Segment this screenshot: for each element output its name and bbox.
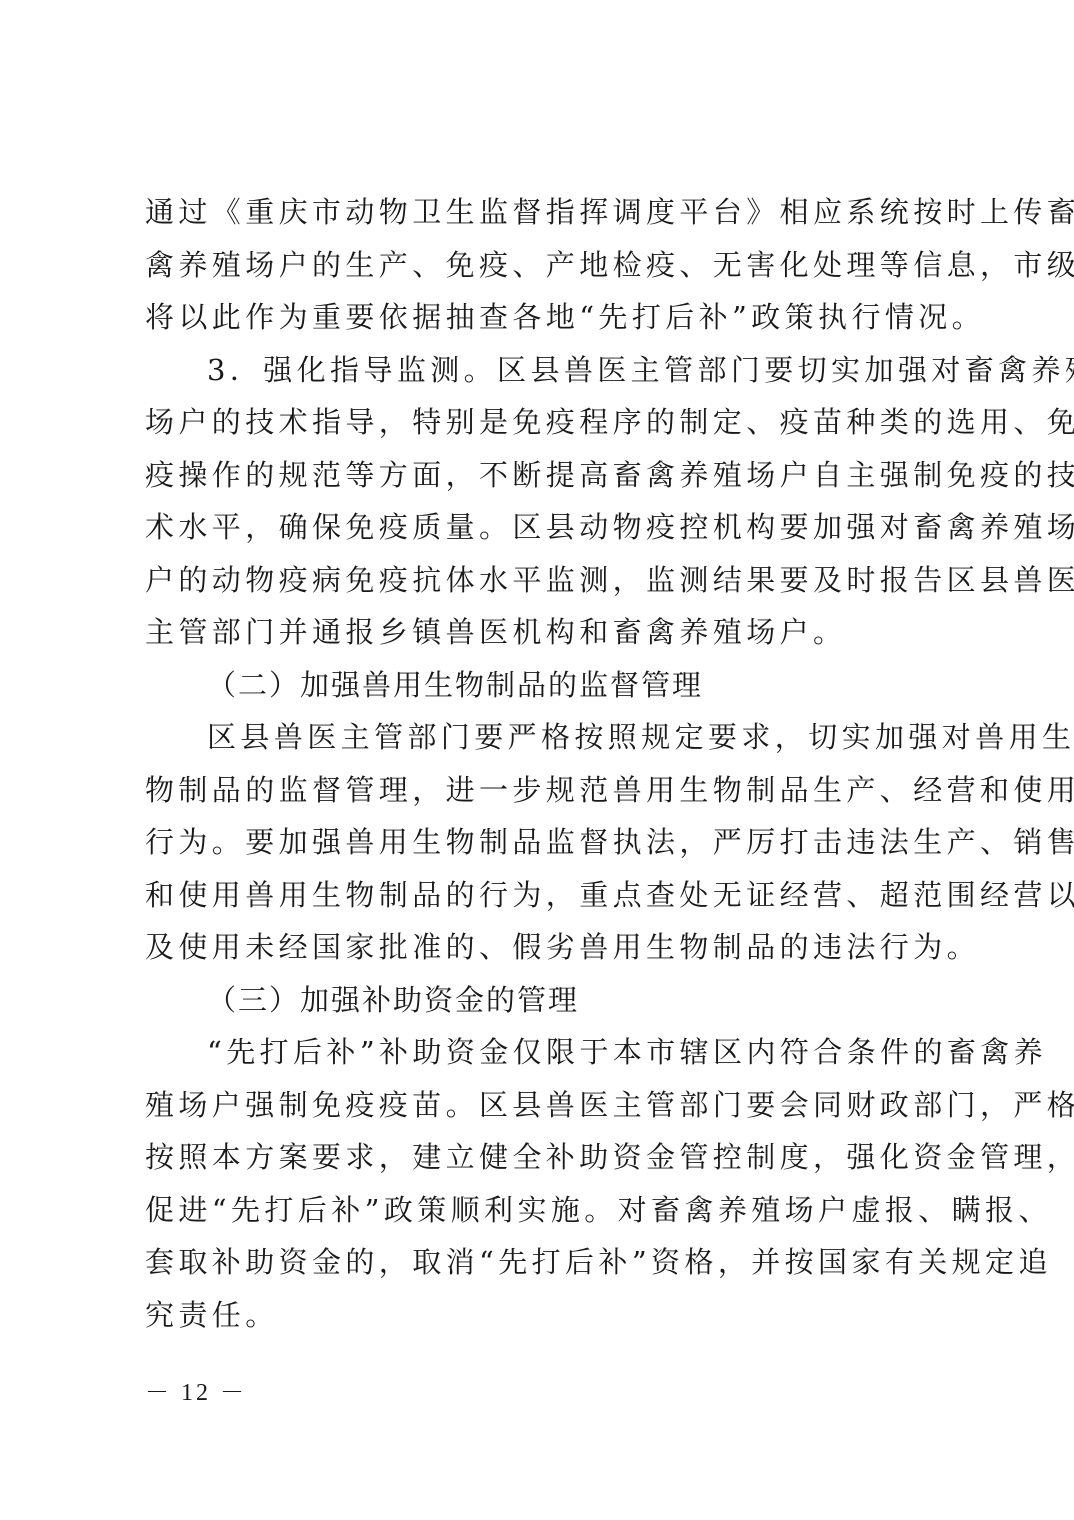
page-number: － 12 － — [145, 1372, 247, 1407]
document-page: 通过《重庆市动物卫生监督指挥调度平台》相应系统按时上传畜 禽养殖场户的生产、免疫… — [145, 186, 947, 1341]
text-line: 区县兽医主管部门要严格按照规定要求，切实加强对兽用生 — [145, 711, 947, 764]
text-line: 究责任。 — [145, 1289, 947, 1342]
text-line: 行为。要加强兽用生物制品监督执法，严厉打击违法生产、销售 — [145, 816, 947, 869]
text-line: 通过《重庆市动物卫生监督指挥调度平台》相应系统按时上传畜 — [145, 186, 947, 239]
text-line: 和使用兽用生物制品的行为，重点查处无证经营、超范围经营以 — [145, 869, 947, 922]
text-line: 术水平，确保免疫质量。区县动物疫控机构要加强对畜禽养殖场 — [145, 501, 947, 554]
paragraph-strengthen-guidance-monitoring: 3．强化指导监测。区县兽医主管部门要切实加强对畜禽养殖 场户的技术指导，特别是免… — [145, 344, 947, 659]
section-heading-biologics-supervision: （二）加强兽用生物制品的监督管理 — [145, 659, 947, 712]
text-line: 主管部门并通报乡镇兽医机构和畜禽养殖场户。 — [145, 606, 947, 659]
text-line: 户的动物疫病免疫抗体水平监测，监测结果要及时报告区县兽医 — [145, 554, 947, 607]
paragraph-subsidy-management: “先打后补”补助资金仅限于本市辖区内符合条件的畜禽养 殖场户强制免疫疫苗。区县兽… — [145, 1026, 947, 1341]
text-line: 按照本方案要求，建立健全补助资金管控制度，强化资金管理， — [145, 1131, 947, 1184]
text-line: 及使用未经国家批准的、假劣兽用生物制品的违法行为。 — [145, 921, 947, 974]
section-heading-subsidy-management: （三）加强补助资金的管理 — [145, 974, 947, 1027]
text-line: 将以此作为重要依据抽查各地“先打后补”政策执行情况。 — [145, 291, 947, 344]
text-line: 物制品的监督管理，进一步规范兽用生物制品生产、经营和使用 — [145, 764, 947, 817]
text-line: 疫操作的规范等方面，不断提高畜禽养殖场户自主强制免疫的技 — [145, 449, 947, 502]
text-line: 禽养殖场户的生产、免疫、产地检疫、无害化处理等信息，市级 — [145, 239, 947, 292]
text-line: 殖场户强制免疫疫苗。区县兽医主管部门要会同财政部门，严格 — [145, 1079, 947, 1132]
text-line: 套取补助资金的，取消“先打后补”资格，并按国家有关规定追 — [145, 1236, 947, 1289]
paragraph-biologics-supervision: 区县兽医主管部门要严格按照规定要求，切实加强对兽用生 物制品的监督管理，进一步规… — [145, 711, 947, 974]
text-line: 场户的技术指导，特别是免疫程序的制定、疫苗种类的选用、免 — [145, 396, 947, 449]
text-line: “先打后补”补助资金仅限于本市辖区内符合条件的畜禽养 — [145, 1026, 947, 1079]
text-line: 3．强化指导监测。区县兽医主管部门要切实加强对畜禽养殖 — [145, 344, 947, 397]
paragraph-continuation: 通过《重庆市动物卫生监督指挥调度平台》相应系统按时上传畜 禽养殖场户的生产、免疫… — [145, 186, 947, 344]
text-line: 促进“先打后补”政策顺利实施。对畜禽养殖场户虚报、瞒报、 — [145, 1184, 947, 1237]
